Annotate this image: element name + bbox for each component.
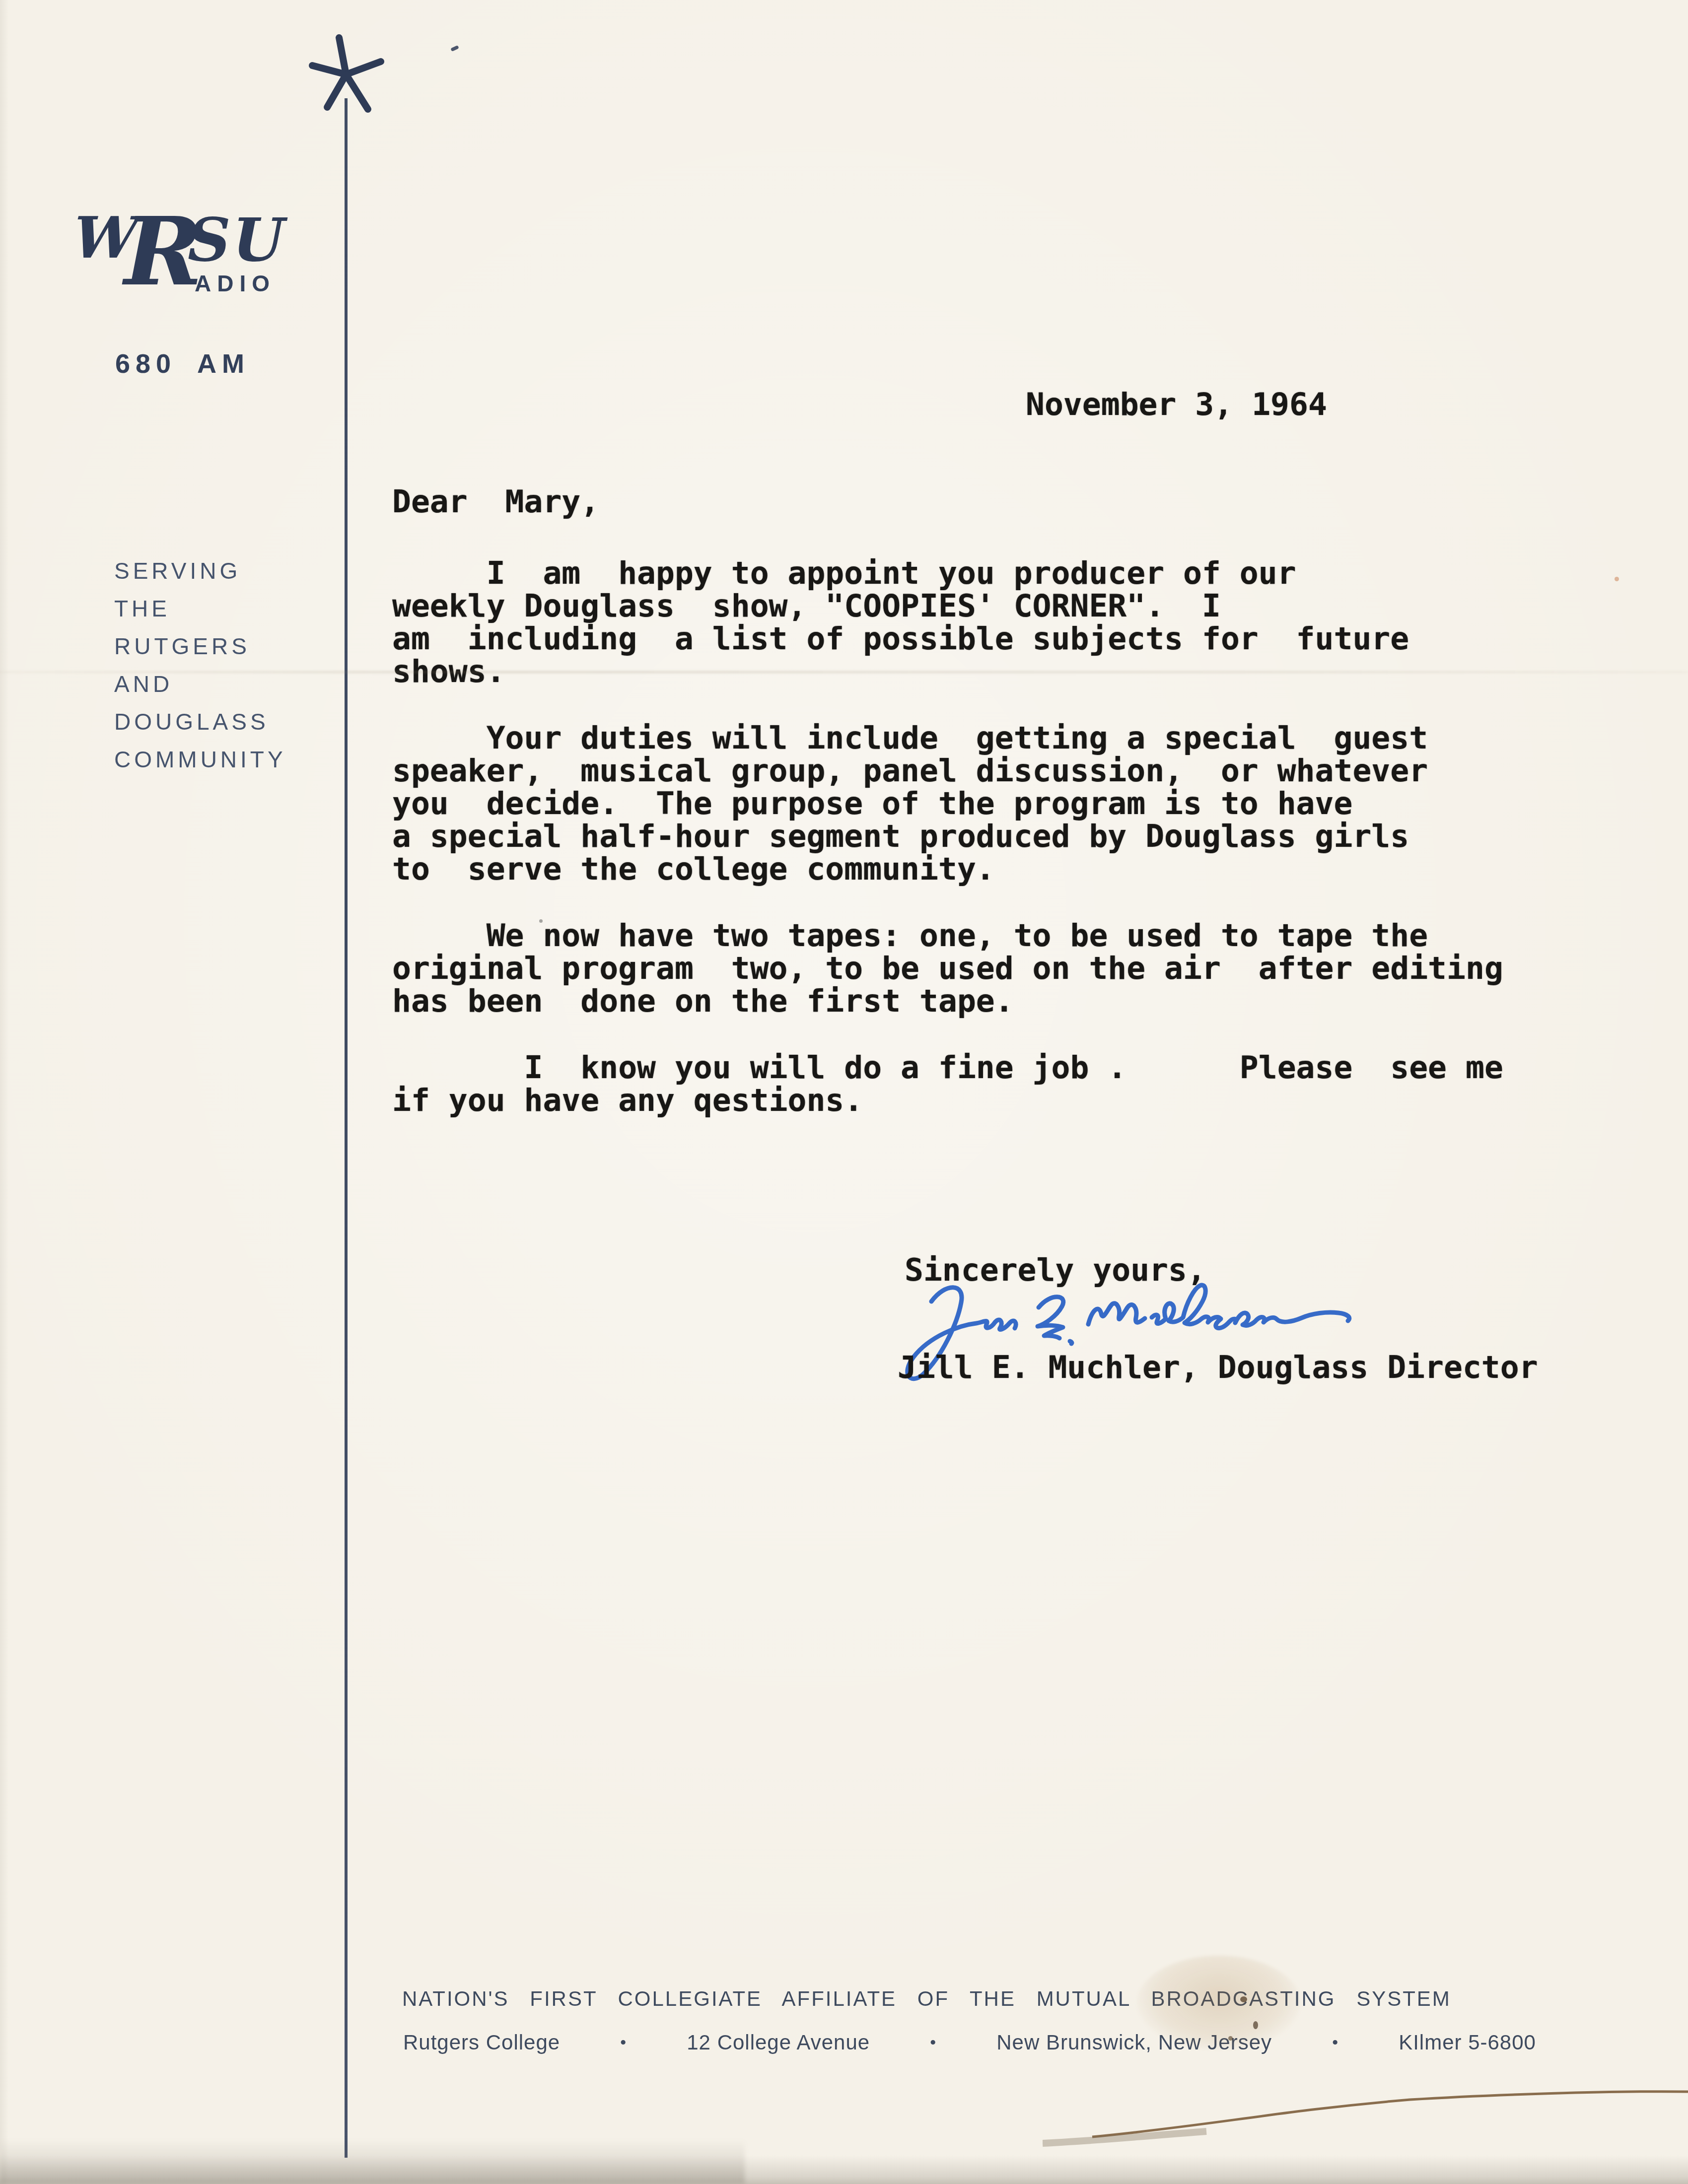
letter-body: Dear Mary, I am happy to appoint you pro…: [392, 485, 1503, 1151]
date-line: November 3, 1964: [1026, 388, 1327, 421]
ink-speck: [1615, 577, 1619, 581]
tagline-line: RUTGERS: [114, 627, 286, 665]
bullet-separator: •: [1332, 2034, 1338, 2051]
bullet-separator: •: [930, 2034, 936, 2051]
letter-paragraph: We now have two tapes: one, to be used t…: [392, 919, 1503, 1018]
stain-speck: [1240, 1996, 1247, 2002]
bullet-separator: •: [620, 2034, 627, 2051]
salutation: Dear Mary,: [392, 485, 1503, 518]
stain-speck: [1228, 2036, 1233, 2041]
ink-speck: [450, 45, 459, 52]
tagline-line: COMMUNITY: [114, 741, 286, 778]
footer-address-item: Rutgers College: [403, 2032, 560, 2053]
footer-address-item: 12 College Avenue: [687, 2032, 870, 2053]
tagline-line: DOUGLASS: [114, 703, 286, 741]
fold-crease: [0, 671, 1688, 673]
logo-adio-text: ADIO: [195, 272, 276, 295]
letter-paragraph: Your duties will include getting a speci…: [392, 722, 1503, 886]
paper-stain: [1137, 1956, 1301, 2050]
logo-letters-su: SU: [188, 210, 286, 270]
tagline-line: THE: [114, 590, 286, 627]
scanned-letter-page: W R SU ADIO 680 AM SERVING THE RUTGERS A…: [0, 0, 1688, 2184]
footer-address-item: KIlmer 5-6800: [1399, 2032, 1536, 2053]
letter-paragraph: I know you will do a fine job . Please s…: [392, 1051, 1503, 1117]
typed-signature-line: Jill E. Muchler, Douglass Director: [898, 1351, 1538, 1384]
bottom-crease-line: [1043, 2075, 1688, 2164]
footer-address-row: Rutgers College • 12 College Avenue • Ne…: [403, 2032, 1536, 2053]
frequency-text: 680 AM: [115, 350, 250, 377]
sidebar-tagline: SERVING THE RUTGERS AND DOUGLASS COMMUNI…: [114, 552, 286, 778]
letter-paragraph: I am happy to appoint you producer of ou…: [392, 557, 1503, 688]
stain-speck: [1253, 2021, 1258, 2029]
ink-speck: [539, 919, 543, 923]
antenna-line: [345, 98, 348, 2158]
page-edge-shadow: [0, 2155, 1688, 2184]
tagline-line: SERVING: [114, 552, 286, 590]
